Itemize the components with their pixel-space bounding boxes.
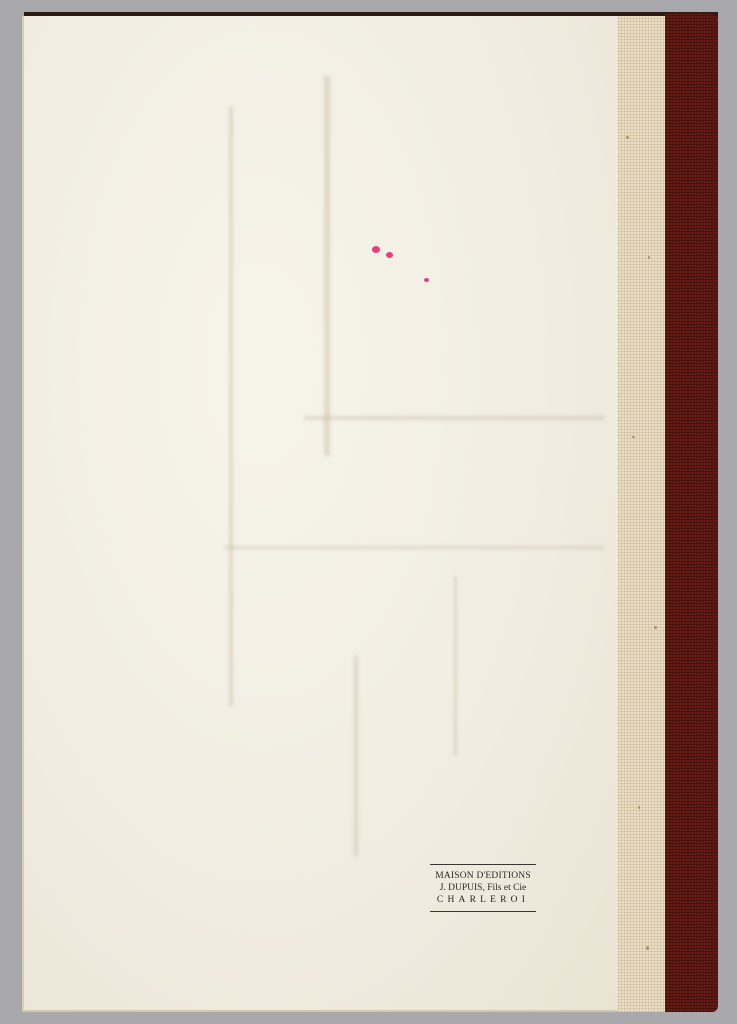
foxing-spot	[632, 436, 635, 438]
crease-vertical	[454, 576, 457, 756]
crease-vertical	[324, 76, 330, 456]
rule-top	[430, 864, 536, 865]
ink-spot	[372, 246, 380, 253]
crease-horizontal	[304, 416, 604, 420]
crease-vertical	[354, 656, 358, 856]
spine-dark-cloth	[665, 14, 718, 1012]
ink-spot	[424, 278, 429, 282]
crease-vertical	[229, 106, 233, 706]
back-cover-paper	[22, 16, 618, 1012]
foxing-spot	[648, 256, 650, 259]
publisher-imprint: MAISON D'EDITIONS J. DUPUIS, Fils et Cie…	[426, 864, 540, 912]
spine-light-cloth	[618, 16, 665, 1012]
foxing-spot	[626, 136, 629, 139]
imprint-line-3: CHARLEROI	[426, 894, 540, 906]
foxing-spot	[654, 626, 657, 629]
foxing-spot	[646, 946, 649, 950]
rule-bottom	[430, 911, 536, 912]
ink-spot	[386, 252, 393, 258]
crease-horizontal	[224, 546, 604, 549]
imprint-line-1: MAISON D'EDITIONS	[426, 870, 540, 882]
foxing-spot	[638, 806, 640, 809]
imprint-line-2: J. DUPUIS, Fils et Cie	[426, 882, 540, 894]
